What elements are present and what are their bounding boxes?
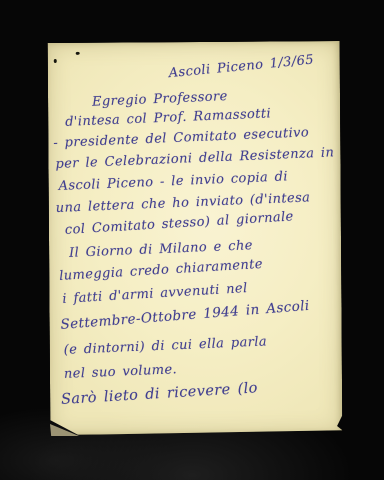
letter-line: i fatti d'armi avvenuti nel <box>62 281 248 307</box>
letter-line: nel suo volume. <box>64 362 178 382</box>
punch-hole <box>54 59 57 63</box>
letter-line: Il Giorno di Milano e che <box>69 238 253 261</box>
salutation-line: Egregio Professore <box>92 89 228 110</box>
dateline: Ascoli Piceno 1/3/65 <box>168 53 314 82</box>
letter-line: Sarò lieto di ricevere (lo <box>61 380 259 408</box>
letter-line: per le Celebrazioni della Resistenza in <box>55 145 334 172</box>
letter-paper: Ascoli Piceno 1/3/65 Egregio Professore … <box>48 41 343 435</box>
letter-line: lumeggia credo chiaramente <box>59 257 263 284</box>
letter-line: (e dintorni) di cui ella parla <box>63 334 267 358</box>
letter-line: d'intesa col Prof. Ramassotti <box>65 106 271 130</box>
letter-line: Ascoli Piceno - le invio copia di <box>58 169 288 194</box>
punch-hole <box>76 52 80 55</box>
photo-background: Ascoli Piceno 1/3/65 Egregio Professore … <box>0 0 384 480</box>
